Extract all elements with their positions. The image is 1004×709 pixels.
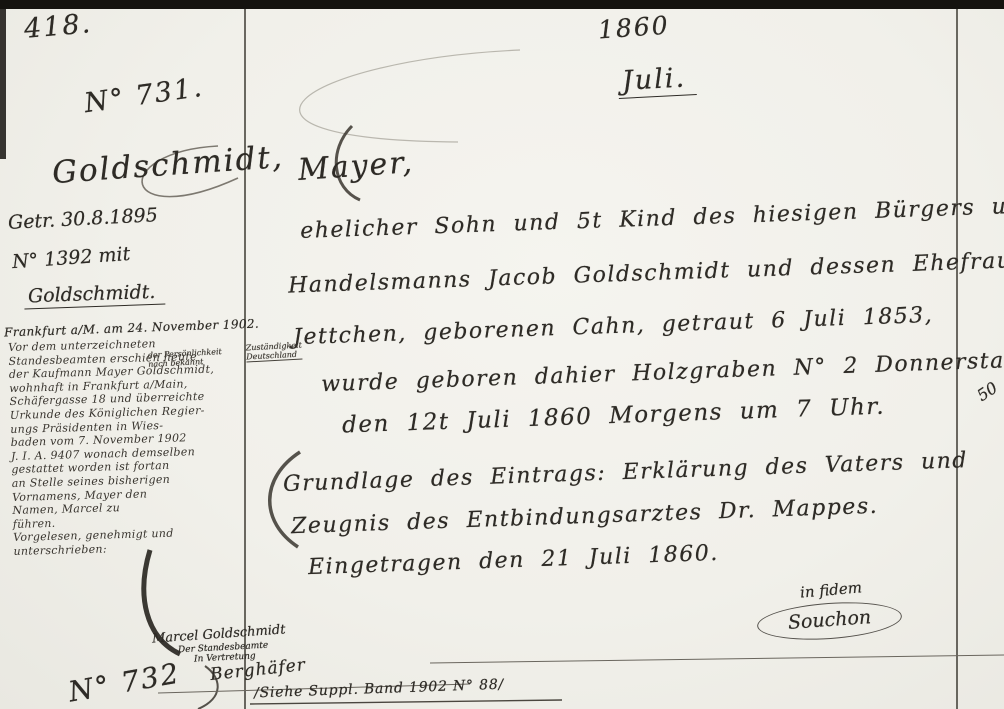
- amendment-note: Vor dem unterzeichneten Standesbeamten e…: [8, 335, 250, 559]
- interlinear-note-line: Deutschland: [246, 350, 303, 363]
- entry-text-line: Zeugnis des Entbindungsarztes Dr. Mappes…: [291, 494, 879, 539]
- month-heading: Juli.: [617, 62, 697, 99]
- in-fidem-label: in fidem: [799, 578, 862, 601]
- top-page-edge: [0, 0, 1004, 9]
- next-record-number: N° 732: [66, 656, 183, 708]
- entry-given-name: Mayer,: [297, 145, 415, 188]
- entry-text-line: wurde geboren dahier Holzgraben N° 2 Don…: [321, 348, 1004, 397]
- entry-text-line: den 12t Juli 1860 Morgens um 7 Uhr.: [342, 394, 886, 439]
- supplement-reference: /Siehe Suppl. Band 1902 N° 88/: [254, 677, 505, 702]
- entry-text-line: Grundlage des Eintrags: Erklärung des Va…: [283, 448, 969, 497]
- marriage-reference-number: N° 1392 mit: [11, 243, 131, 273]
- entry-surname: Goldschmidt,: [51, 139, 285, 191]
- entry-text-line: Eingetragen den 21 Juli 1860.: [308, 541, 720, 580]
- marriage-date-note: Getr. 30.8.1895: [8, 204, 159, 234]
- left-page-edge: [0, 9, 6, 159]
- register-page: 418. 1860 Juli. 50 N° 731. Goldschmidt, …: [0, 0, 1004, 709]
- entry-text-line: Jettchen, geborenen Cahn, getraut 6 Juli…: [293, 303, 934, 350]
- entry-text-line: Handelsmanns Jacob Goldschmidt und desse…: [288, 248, 1004, 298]
- marriage-reference-name: Goldschmidt.: [24, 281, 166, 310]
- record-number: N° 731.: [82, 72, 205, 119]
- interlinear-note: Zuständigkeit Deutschland: [246, 341, 303, 363]
- folio-number: 418.: [23, 8, 94, 45]
- registrar-signature: Souchon: [756, 598, 903, 644]
- entry-text-line: ehelicher Sohn und 5t Kind des hiesigen …: [300, 193, 1004, 244]
- year-heading: 1860: [597, 11, 670, 45]
- sheet-number-right-margin: 50: [973, 378, 1000, 405]
